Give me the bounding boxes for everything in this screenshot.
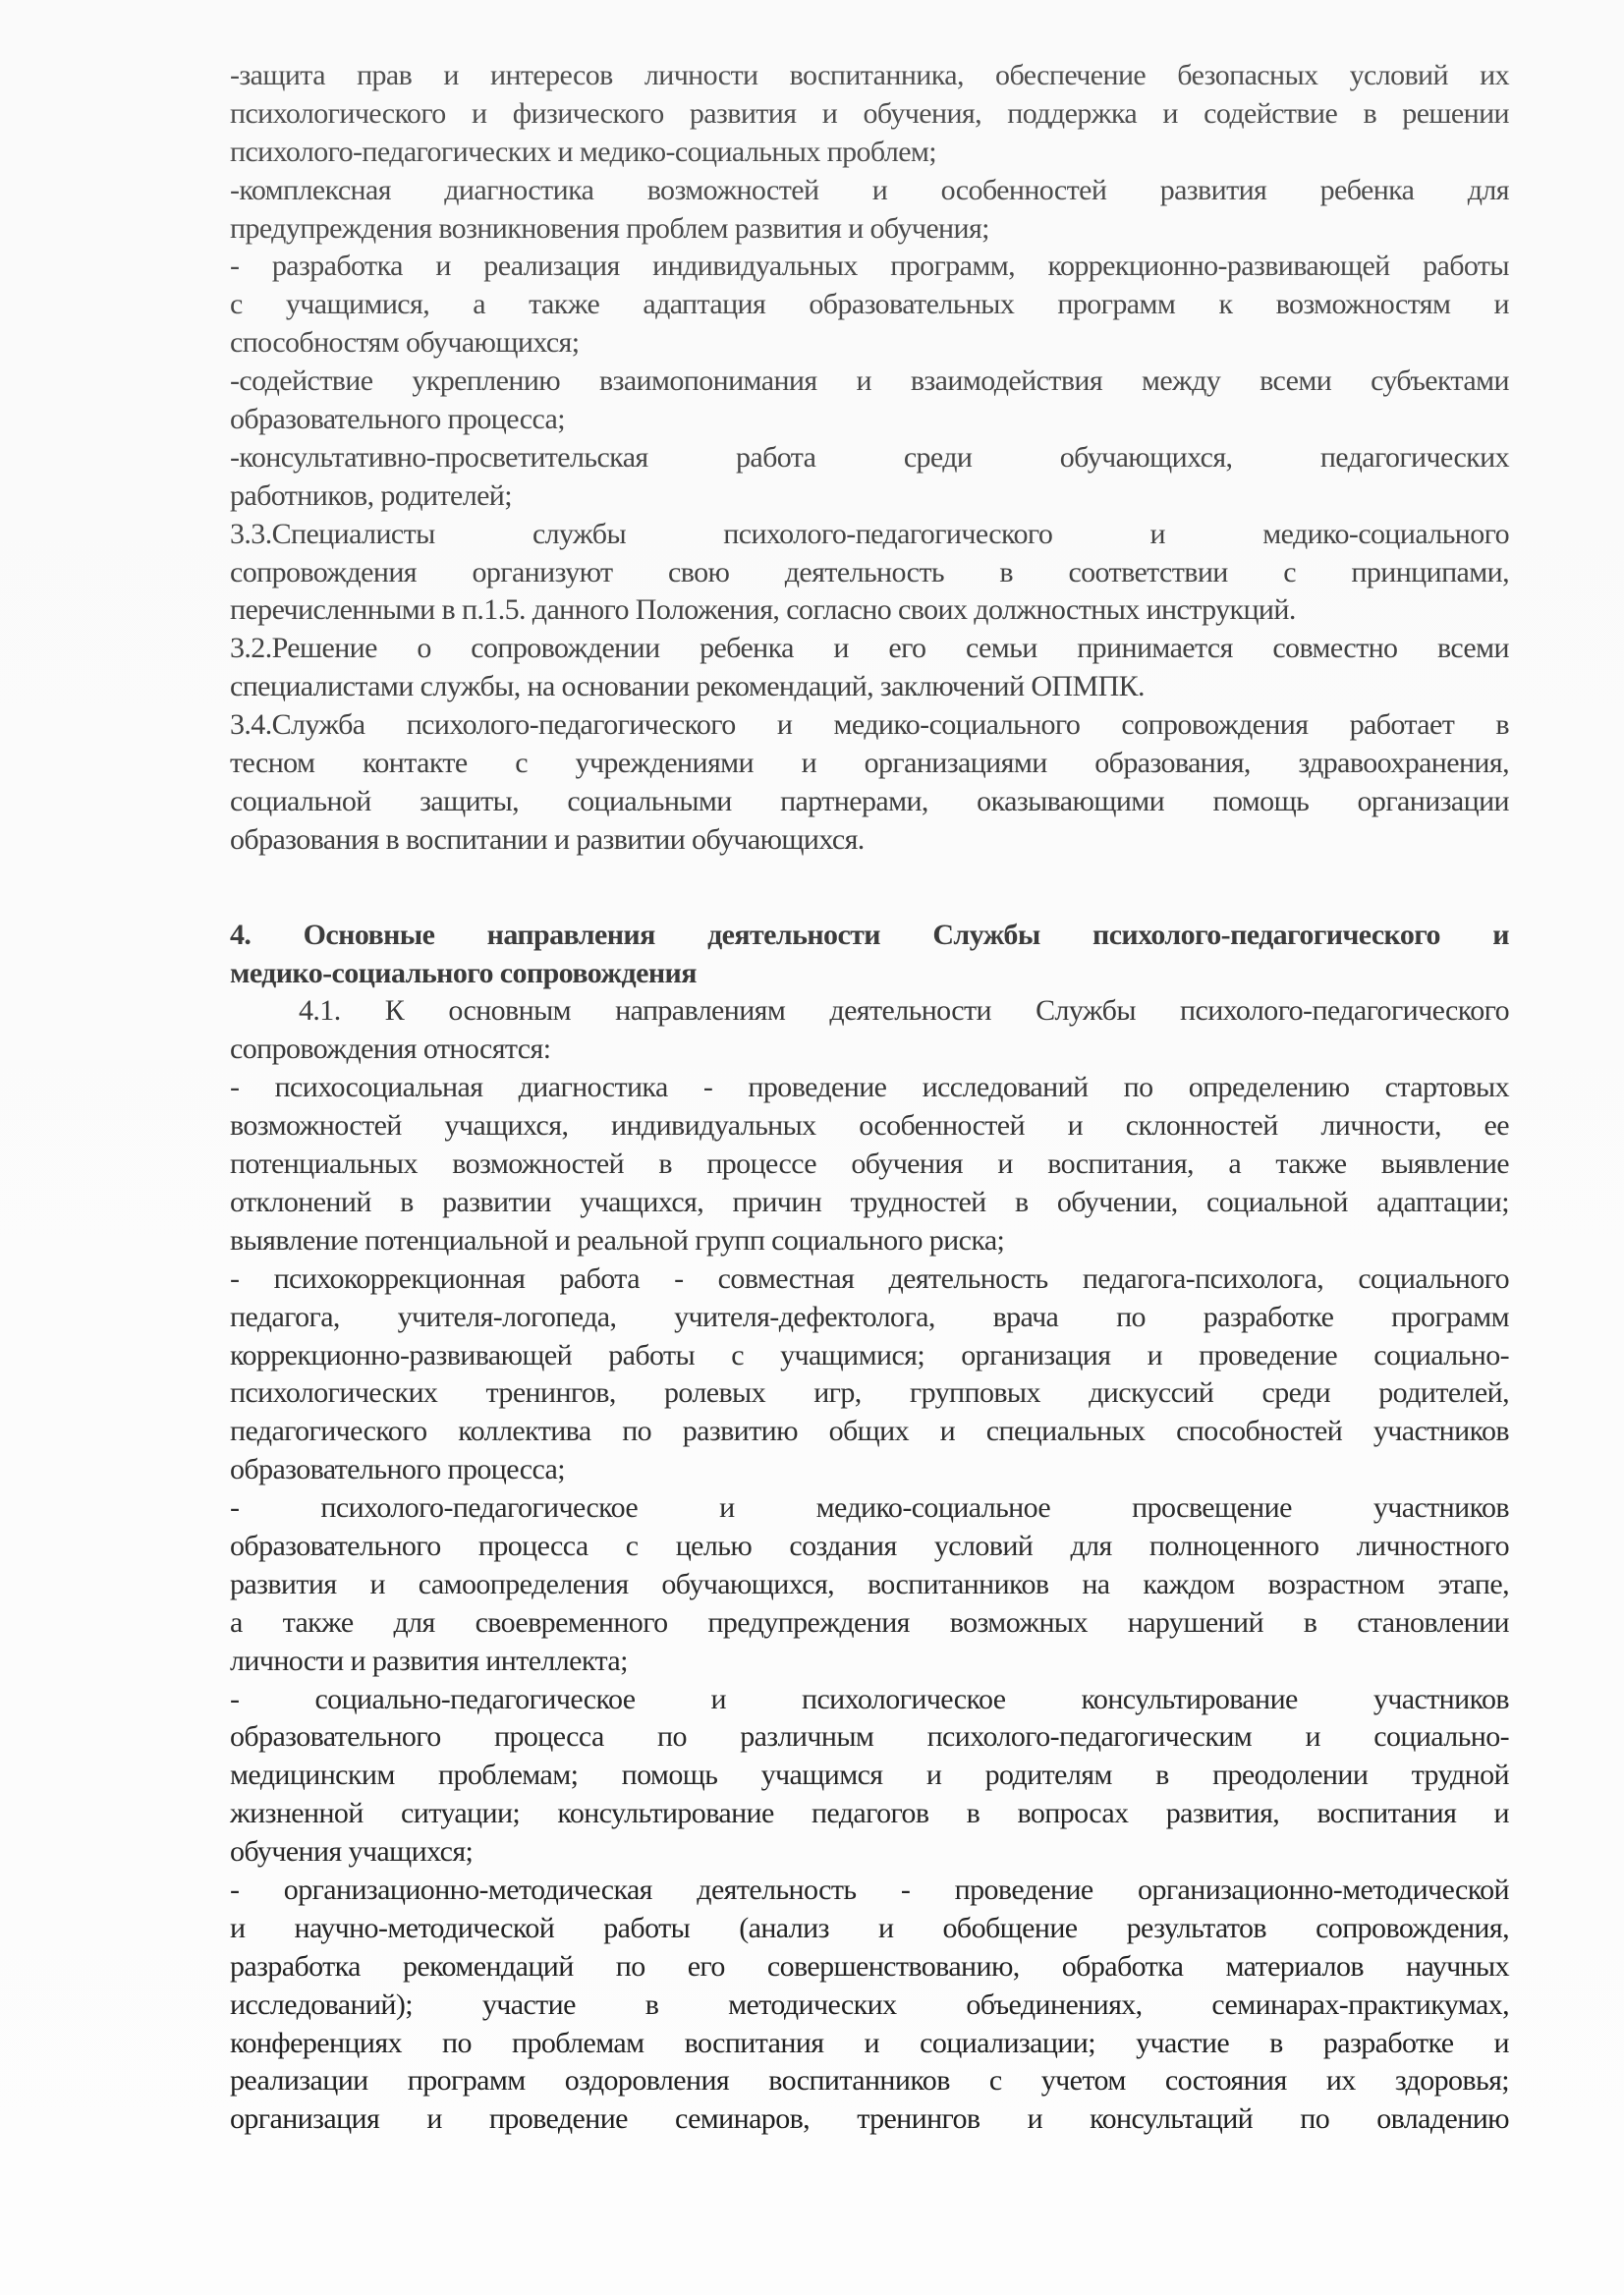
section-4: 4. Основные направления деятельности Слу… xyxy=(230,917,1509,2140)
text-line: -содействие укреплению взаимопонимания и… xyxy=(230,363,1509,401)
text-line: сопровождения относятся: xyxy=(230,1031,1509,1069)
text-line: предупреждения возникновения проблем раз… xyxy=(230,210,1509,249)
text-line: специалистами службы, на основании реком… xyxy=(230,668,1509,706)
text-line: образовательного процесса по различным п… xyxy=(230,1718,1509,1757)
text-line: - организационно-методическая деятельнос… xyxy=(230,1872,1509,1910)
text-line: и научно-методической работы (анализ и о… xyxy=(230,1910,1509,1948)
clause-3-4-line: 3.4.Служба психолого-педагогического и м… xyxy=(230,706,1509,745)
text-line: выявление потенциальной и реальной групп… xyxy=(230,1222,1509,1260)
text-line: образования в воспитании и развитии обуч… xyxy=(230,821,1509,860)
text-line: жизненной ситуации; консультирование пед… xyxy=(230,1795,1509,1833)
text-line: работников, родителей; xyxy=(230,477,1509,516)
text-line: -защита прав и интересов личности воспит… xyxy=(230,57,1509,95)
text-line: обучения учащихся; xyxy=(230,1833,1509,1872)
text-line: образовательного процесса с целью создан… xyxy=(230,1528,1509,1566)
text-line: конференциях по проблемам воспитания и с… xyxy=(230,2025,1509,2063)
text-line: педагога, учителя-логопеда, учителя-дефе… xyxy=(230,1299,1509,1337)
section-gap xyxy=(230,860,1509,917)
text-line: психологических тренингов, ролевых игр, … xyxy=(230,1374,1509,1413)
clause-3-2-line: 3.2.Решение о сопровождении ребенка и ег… xyxy=(230,630,1509,668)
text-line: потенциальных возможностей в процессе об… xyxy=(230,1146,1509,1184)
clause-3-3-line: 3.3.Специалисты службы психолого-педагог… xyxy=(230,516,1509,554)
text-line: а также для своевременного предупреждени… xyxy=(230,1604,1509,1643)
text-line: перечисленными в п.1.5. данного Положени… xyxy=(230,591,1509,630)
text-line: медицинским проблемам; помощь учащимся и… xyxy=(230,1757,1509,1795)
text-line: психологического и физического развития … xyxy=(230,95,1509,134)
text-line: -комплексная диагностика возможностей и … xyxy=(230,172,1509,210)
text-line: личности и развития интеллекта; xyxy=(230,1643,1509,1681)
text-line: реализации программ оздоровления воспита… xyxy=(230,2062,1509,2100)
text-line: возможностей учащихся, индивидуальных ос… xyxy=(230,1107,1509,1146)
text-line: - психолого-педагогическое и медико-соци… xyxy=(230,1489,1509,1528)
clause-4-1-line: 4.1. К основным направлениям деятельност… xyxy=(230,992,1509,1031)
text-line: -консультативно-просветительская работа … xyxy=(230,439,1509,477)
text-line: тесном контакте с учреждениями и организ… xyxy=(230,745,1509,783)
section-heading: медико-социального сопровождения xyxy=(230,955,1509,993)
text-line: - психосоциальная диагностика - проведен… xyxy=(230,1069,1509,1107)
text-line: педагогического коллектива по развитию о… xyxy=(230,1413,1509,1451)
text-line: коррекционно-развивающей работы с учащим… xyxy=(230,1337,1509,1375)
text-line: - разработка и реализация индивидуальных… xyxy=(230,248,1509,286)
document-page: -защита прав и интересов личности воспит… xyxy=(230,57,1509,2139)
text-line: - социально-педагогическое и психологиче… xyxy=(230,1681,1509,1719)
text-line: образовательного процесса; xyxy=(230,1451,1509,1489)
text-line: - психокоррекционная работа - совместная… xyxy=(230,1260,1509,1299)
text-line: организация и проведение семинаров, трен… xyxy=(230,2100,1509,2139)
text-line: отклонений в развитии учащихся, причин т… xyxy=(230,1184,1509,1222)
text-line: сопровождения организуют свою деятельнос… xyxy=(230,554,1509,592)
text-line: разработка рекомендаций по его совершенс… xyxy=(230,1948,1509,1987)
section-heading: 4. Основные направления деятельности Слу… xyxy=(230,917,1509,955)
text-line: психолого-педагогических и медико-социал… xyxy=(230,134,1509,172)
text-line: социальной защиты, социальными партнерам… xyxy=(230,783,1509,821)
text-line: способностям обучающихся; xyxy=(230,324,1509,363)
text-line: образовательного процесса; xyxy=(230,401,1509,439)
text-line: исследований); участие в методических об… xyxy=(230,1987,1509,2025)
text-line: с учащимися, а также адаптация образоват… xyxy=(230,286,1509,324)
text-line: развития и самоопределения обучающихся, … xyxy=(230,1566,1509,1604)
intro-list: -защита прав и интересов личности воспит… xyxy=(230,57,1509,860)
